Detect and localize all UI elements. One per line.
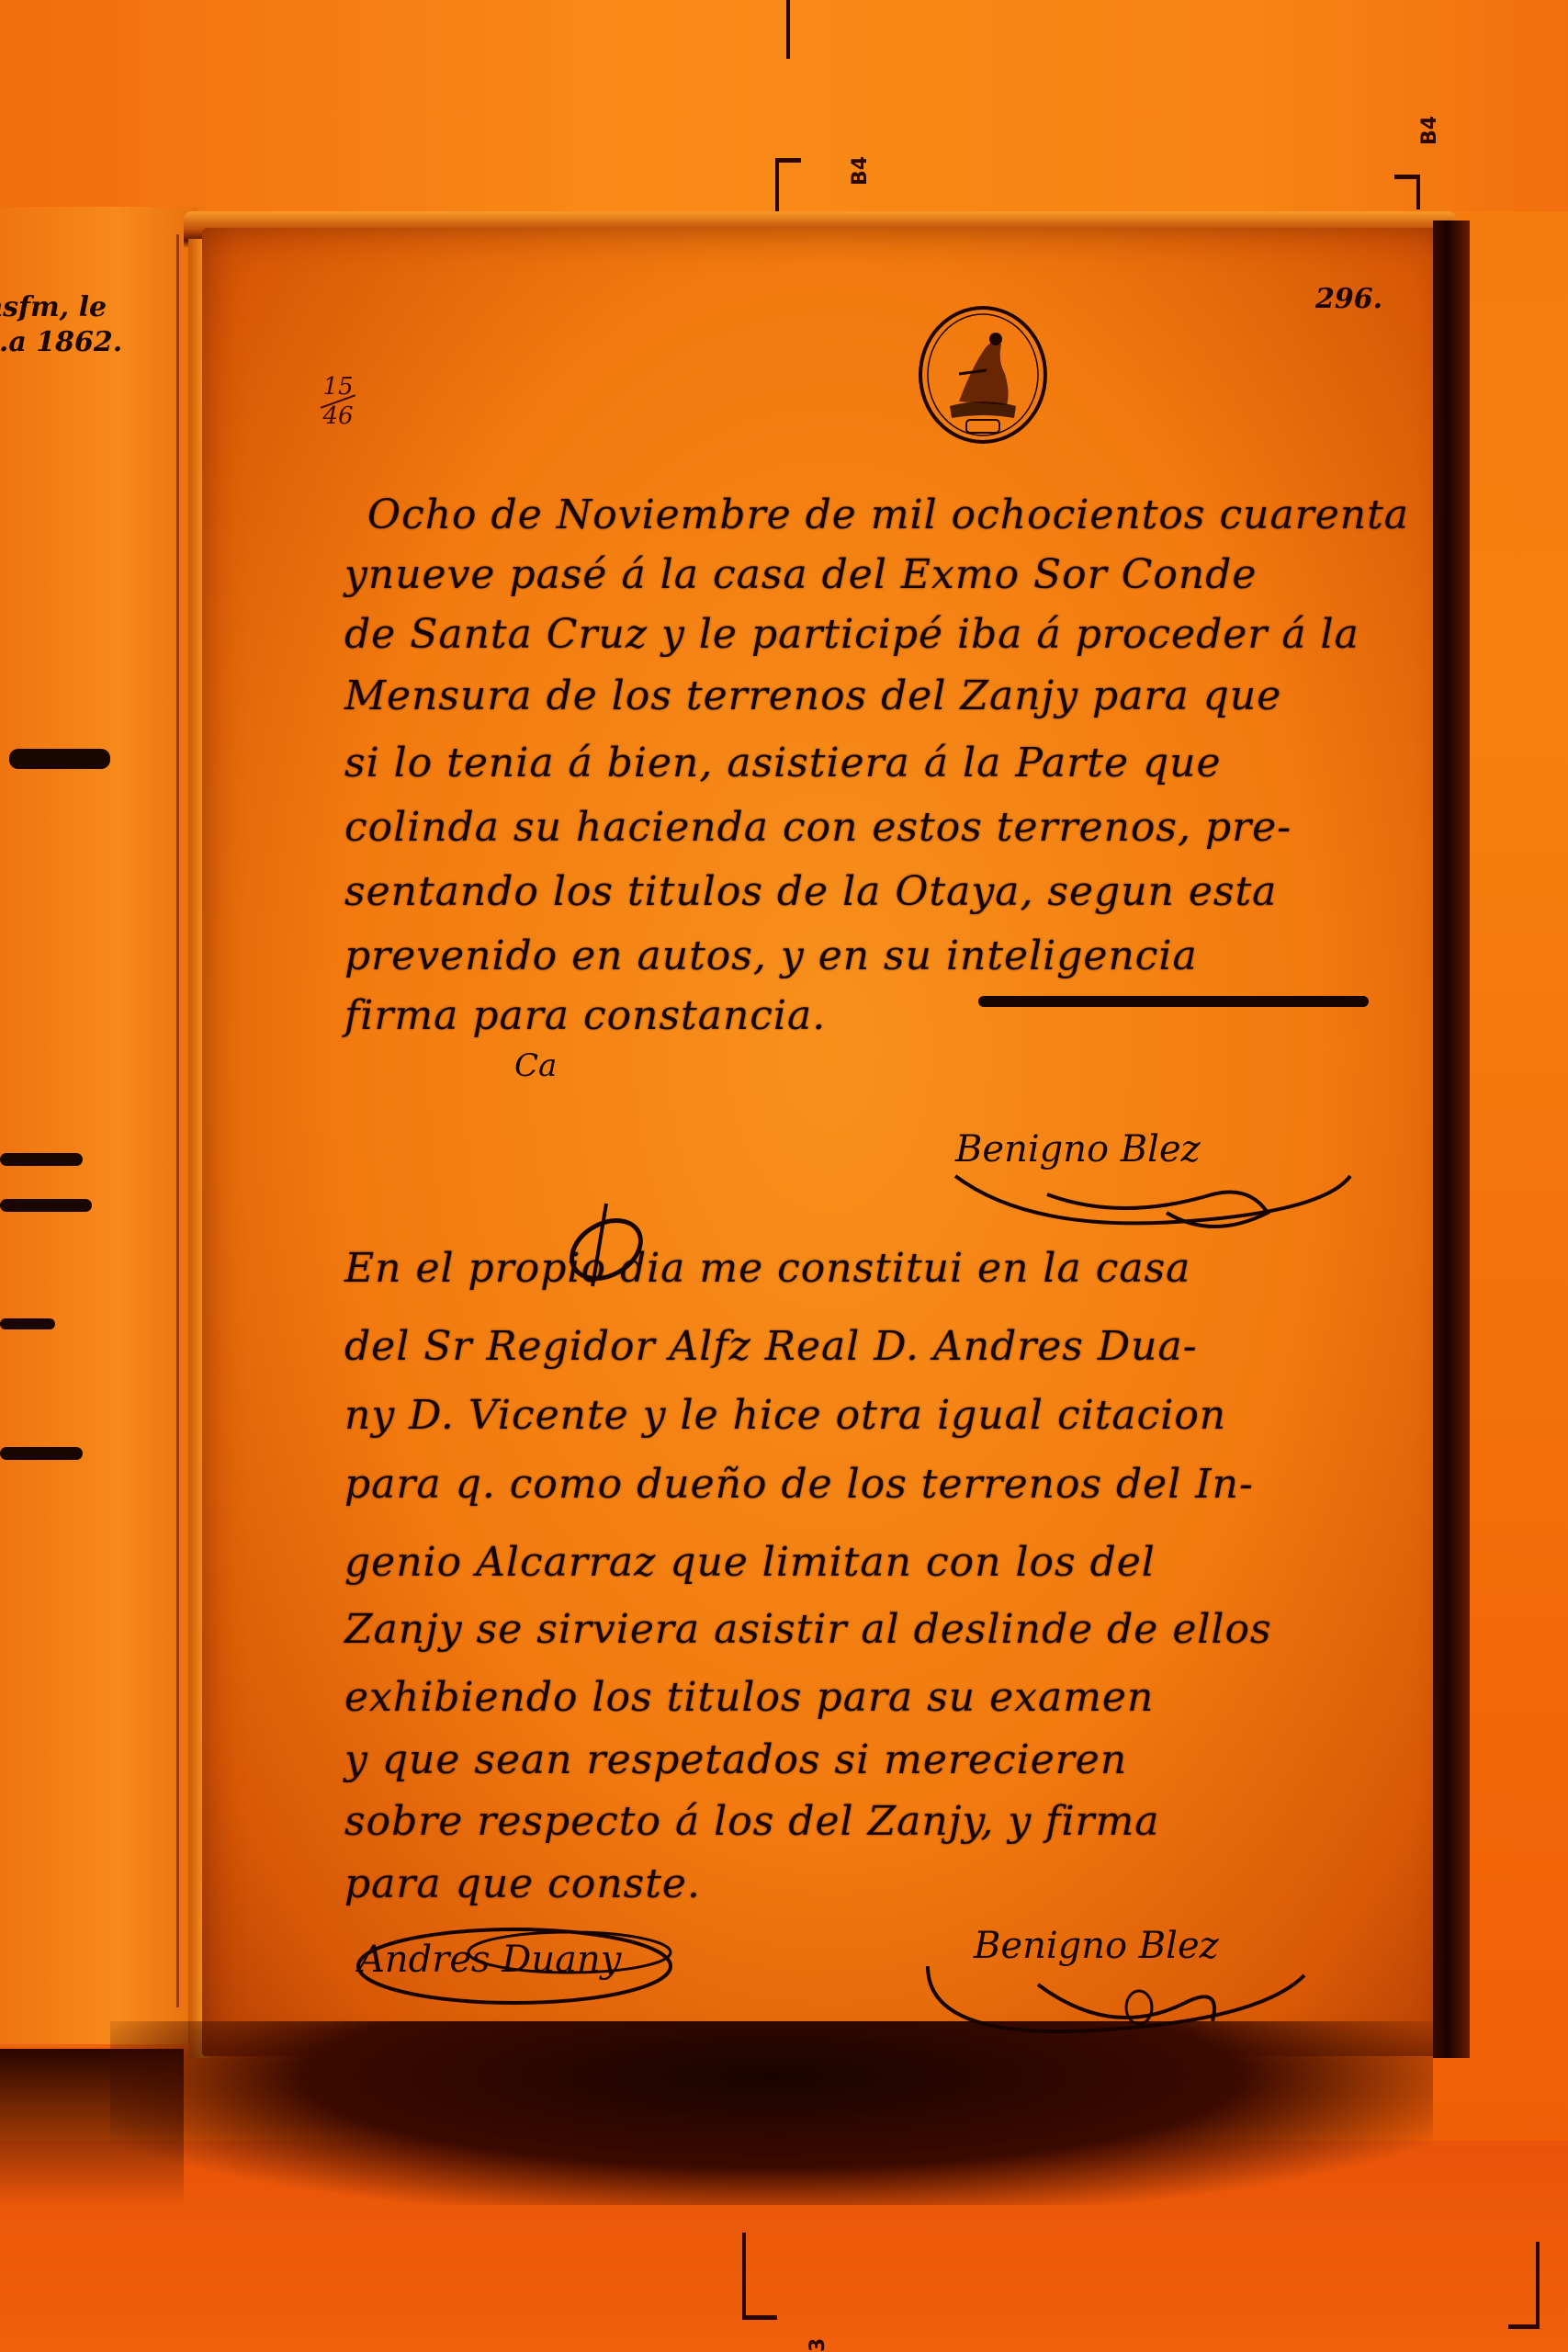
crop-mark-bottom-right-stem (1536, 2242, 1540, 2329)
text-line: para q. como dueño de los terrenos del I… (344, 1461, 1254, 1508)
book-shadow (110, 2021, 1433, 2205)
crop-mark-bottom-left-stem (742, 2233, 746, 2320)
crop-label-top-right: B4 (1418, 116, 1441, 145)
left-page-line-1: ...nsfm, le (0, 291, 107, 323)
text-line: Ocho de Noviembre de mil ochocientos cua… (367, 492, 1409, 538)
signature-flourish-icon (937, 1158, 1378, 1240)
folio-note-bottom: 46 (322, 402, 353, 430)
text-line: Mensura de los terrenos del Zanjy para q… (344, 673, 1281, 719)
crop-label-bottom: 3 (807, 2338, 829, 2352)
text-line: y que sean respetados si merecieren (344, 1736, 1127, 1783)
crop-mark-bottom-left (742, 2315, 777, 2320)
left-page-ink-mark (9, 749, 110, 769)
left-page-ink-mark (0, 1153, 83, 1166)
left-page-fragment: ...nsfm, le ...a 1862. (0, 207, 197, 2044)
crop-label-top-left: B4 (849, 156, 872, 186)
signature-flourish-icon (331, 1911, 698, 2030)
text-line: colinda su hacienda con estos terrenos, … (344, 804, 1292, 851)
initials: Ca (514, 1047, 557, 1084)
text-line: del Sr Regidor Alfz Real D. Andres Dua- (344, 1323, 1198, 1370)
text-line: de Santa Cruz y le participé iba á proce… (344, 611, 1359, 658)
crop-mark-top-vertical (786, 0, 790, 59)
text-line: ynueve pasé á la casa del Exmo Sor Conde (344, 551, 1257, 598)
text-line: prevenido en autos, y en su inteligencia (344, 933, 1198, 979)
crop-mark-top-left-stem (775, 158, 779, 213)
crop-mark-bottom-right (1508, 2324, 1540, 2329)
text-line: sentando los titulos de la Otaya, segun … (344, 868, 1277, 915)
line-filler-stroke (978, 996, 1369, 1007)
text-line: sobre respecto á los del Zanjy, y firma (344, 1798, 1160, 1845)
page-right-edge (1433, 220, 1470, 2058)
left-page-ink-mark (0, 1447, 83, 1460)
folio-note: 15 46 (320, 375, 356, 428)
folio-number: 296. (1315, 283, 1382, 315)
crop-mark-top-left (775, 158, 801, 163)
text-line: ny D. Vicente y le hice otra igual citac… (344, 1392, 1226, 1439)
text-line: Zanjy se sirviera asistir al deslinde de… (344, 1606, 1272, 1653)
left-page-ink-mark (0, 1199, 92, 1212)
crop-mark-top-right-stem (1416, 175, 1420, 209)
left-page-line-2: ...a 1862. (0, 326, 122, 358)
seal-stamp-icon (919, 306, 1047, 444)
text-line: si lo tenia á bien, asistiera á la Parte… (344, 740, 1222, 786)
text-line: En el propio dia me constitui en la casa (344, 1245, 1190, 1292)
text-line: firma para constancia. (344, 992, 826, 1039)
spine-line (176, 234, 179, 2007)
text-line: exhibiendo los titulos para su examen (344, 1674, 1154, 1721)
background-top (0, 0, 1568, 211)
text-line: para que conste. (344, 1860, 701, 1907)
signature-flourish-icon (909, 1948, 1332, 2049)
left-page-ink-mark (0, 1318, 55, 1329)
text-line: genio Alcarraz que limitan con los del (344, 1539, 1156, 1586)
